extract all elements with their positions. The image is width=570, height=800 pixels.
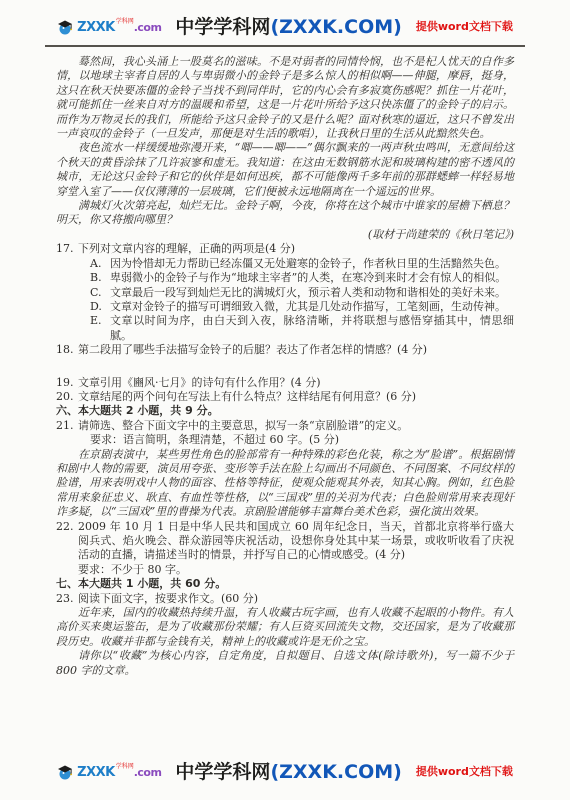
question-21-body: 请筛选、整合下面文字中的主要意思，拟写一条“京剧脸谱”的定义。 要求：语言简明，…	[78, 419, 514, 448]
question-18-number: 18.	[56, 343, 78, 357]
option-text: 文章以时间为序，由白天到入夜，脉络清晰，并将联想与感悟穿插其中，情思细腻。	[110, 314, 514, 343]
zxxk-logo[interactable]: ZXXK学科网.com	[57, 16, 161, 35]
site-title: 中学学科网(ZXXK.COM)	[175, 757, 401, 784]
option-label: C.	[90, 286, 110, 300]
passage-attribution: (取材于尚建荣的《秋日笔记》)	[56, 228, 514, 242]
question-18: 18. 第二段用了哪些手法描写金铃子的后腿？表达了作者怎样的情感？(4 分)	[56, 343, 514, 357]
question-17-option-c: C.文章最后一段写到灿烂无比的满城灯火，预示着人类和动物和谐相处的美好未来。	[78, 286, 514, 300]
question-23-stem: 阅读下面文字，按要求作文。(60 分)	[78, 592, 514, 606]
section-six-heading: 六、本大题共 2 小题，共 9 分。	[56, 404, 514, 418]
site-domain: (ZXXK.COM)	[270, 761, 401, 783]
question-17: 17. 下列对文章内容的理解，正确的两项是(4 分) A.因为怜惜却无力帮助已经…	[56, 242, 514, 343]
question-22-body: 2009 年 10 月 1 日是中华人民共和国成立 60 周年纪念日，当天，首都…	[78, 520, 514, 578]
logo-domain-suffix: .com	[134, 766, 162, 779]
graduation-cap-icon	[57, 19, 75, 35]
graduation-cap-icon	[57, 764, 75, 780]
question-22: 22. 2009 年 10 月 1 日是中华人民共和国成立 60 周年纪念日，当…	[56, 520, 514, 578]
header: ZXXK学科网.com 中学学科网(ZXXK.COM) 提供word文档下载	[0, 0, 570, 47]
question-17-option-a: A.因为怜惜却无力帮助已经冻僵又无处避寒的金铃子，作者秋日里的生活黯然失色。	[78, 257, 514, 271]
option-label: B.	[90, 271, 110, 285]
question-21: 21. 请筛选、整合下面文字中的主要意思，拟写一条“京剧脸谱”的定义。 要求：语…	[56, 419, 514, 448]
option-label: A.	[90, 257, 110, 271]
question-17-option-d: D.文章对金铃子的描写可谓细致入微，尤其是几处动作描写，工笔刻画，生动传神。	[78, 300, 514, 314]
header-brandbar: ZXXK学科网.com 中学学科网(ZXXK.COM) 提供word文档下载	[45, 0, 525, 47]
question-20-stem: 文章结尾的两个问句在写法上有什么特点？这样结尾有何用意？(6 分)	[78, 390, 514, 404]
question-19-stem: 文章引用《豳风·七月》的诗句有什么作用？(4 分)	[78, 376, 514, 390]
question-21-number: 21.	[56, 419, 78, 433]
option-text: 卑弱微小的金铃子与作为“地球主宰者”的人类，在寒冷到来时才会有惊人的相似。	[110, 271, 506, 285]
section-seven-heading: 七、本大题共 1 小题，共 60 分。	[56, 577, 514, 591]
question-22-number: 22.	[56, 520, 78, 534]
zxxk-logo[interactable]: ZXXK学科网.com	[57, 761, 161, 780]
question-17-stem: 下列对文章内容的理解，正确的两项是(4 分)	[78, 242, 514, 256]
logo-sup-label: 学科网	[116, 763, 134, 770]
exam-page: ZXXK学科网.com 中学学科网(ZXXK.COM) 提供word文档下载 蓦…	[0, 0, 570, 800]
word-download-link[interactable]: 提供word文档下载	[416, 763, 513, 779]
option-text: 文章对金铃子的描写可谓细致入微，尤其是几处动作描写，工笔刻画，生动传神。	[110, 300, 506, 314]
site-name: 中学学科网	[175, 16, 270, 38]
question-23-passage-1: 近年来，国内的收藏热持续升温，有人收藏古玩字画，也有人收藏不起眼的小物件。有人高…	[56, 606, 514, 649]
blank-answer-space	[56, 358, 514, 376]
question-17-option-e: E.文章以时间为序，由白天到入夜，脉络清晰，并将联想与感悟穿插其中，情思细腻。	[78, 314, 514, 343]
option-text: 因为怜惜却无力帮助已经冻僵又无处避寒的金铃子，作者秋日里的生活黯然失色。	[110, 257, 506, 271]
question-21-passage: 在京剧表演中，某些男性角色的脸部常有一种特殊的彩色化装，称之为“脸谱”。根据剧情…	[56, 448, 514, 520]
question-23: 23. 阅读下面文字，按要求作文。(60 分)	[56, 592, 514, 606]
footer-brandbar: ZXXK学科网.com 中学学科网(ZXXK.COM) 提供word文档下载	[45, 757, 525, 784]
logo-text: ZXXK学科网.com	[77, 16, 161, 35]
logo-text: ZXXK学科网.com	[77, 761, 161, 780]
exam-content: 蓦然间，我心头涌上一股莫名的滋味。不是对弱者的同情怜悯，也不是杞人忧天的自作多情…	[56, 55, 514, 678]
site-name: 中学学科网	[175, 761, 270, 783]
passage-paragraph-3: 满城灯火次第亮起，灿烂无比。金铃子啊，今夜，你将在这个城市中谁家的屋檐下栖息？明…	[56, 199, 514, 228]
question-22-stem: 2009 年 10 月 1 日是中华人民共和国成立 60 周年纪念日，当天，首都…	[78, 520, 514, 563]
question-17-body: 下列对文章内容的理解，正确的两项是(4 分) A.因为怜惜却无力帮助已经冻僵又无…	[78, 242, 514, 343]
site-title: 中学学科网(ZXXK.COM)	[175, 12, 401, 39]
option-label: D.	[90, 300, 110, 314]
question-22-requirement: 要求：不少于 80 字。	[78, 563, 514, 577]
option-label: E.	[90, 314, 110, 343]
question-17-number: 17.	[56, 242, 78, 256]
site-domain: (ZXXK.COM)	[270, 16, 401, 38]
question-19-number: 19.	[56, 376, 78, 390]
question-20: 20. 文章结尾的两个问句在写法上有什么特点？这样结尾有何用意？(6 分)	[56, 390, 514, 404]
passage-paragraph-1: 蓦然间，我心头涌上一股莫名的滋味。不是对弱者的同情怜悯，也不是杞人忧天的自作多情…	[56, 55, 514, 141]
question-21-stem: 请筛选、整合下面文字中的主要意思，拟写一条“京剧脸谱”的定义。	[78, 419, 514, 433]
passage-paragraph-2: 夜色流水一样缓缓地弥漫开来，“唧——唧——”偶尔飘来的一两声秋虫鸣叫，无意间给这…	[56, 141, 514, 199]
question-19: 19. 文章引用《豳风·七月》的诗句有什么作用？(4 分)	[56, 376, 514, 390]
footer: ZXXK学科网.com 中学学科网(ZXXK.COM) 提供word文档下载	[0, 757, 570, 784]
question-18-stem: 第二段用了哪些手法描写金铃子的后腿？表达了作者怎样的情感？(4 分)	[78, 343, 514, 357]
question-23-passage-2: 请你以“收藏”为核心内容，自定角度，自拟题目、自选文体(除诗歌外)，写一篇不少于…	[56, 649, 514, 678]
logo-mark: ZXXK	[77, 765, 115, 780]
option-text: 文章最后一段写到灿烂无比的满城灯火，预示着人类和动物和谐相处的美好未来。	[110, 286, 506, 300]
word-download-link[interactable]: 提供word文档下载	[416, 18, 513, 34]
question-17-option-b: B.卑弱微小的金铃子与作为“地球主宰者”的人类，在寒冷到来时才会有惊人的相似。	[78, 271, 514, 285]
question-21-requirement: 要求：语言简明，条理清楚，不超过 60 字。(5 分)	[78, 433, 514, 447]
logo-domain-suffix: .com	[134, 21, 162, 34]
logo-mark: ZXXK	[77, 20, 115, 35]
question-20-number: 20.	[56, 390, 78, 404]
logo-sup-label: 学科网	[116, 18, 134, 25]
question-23-number: 23.	[56, 592, 78, 606]
